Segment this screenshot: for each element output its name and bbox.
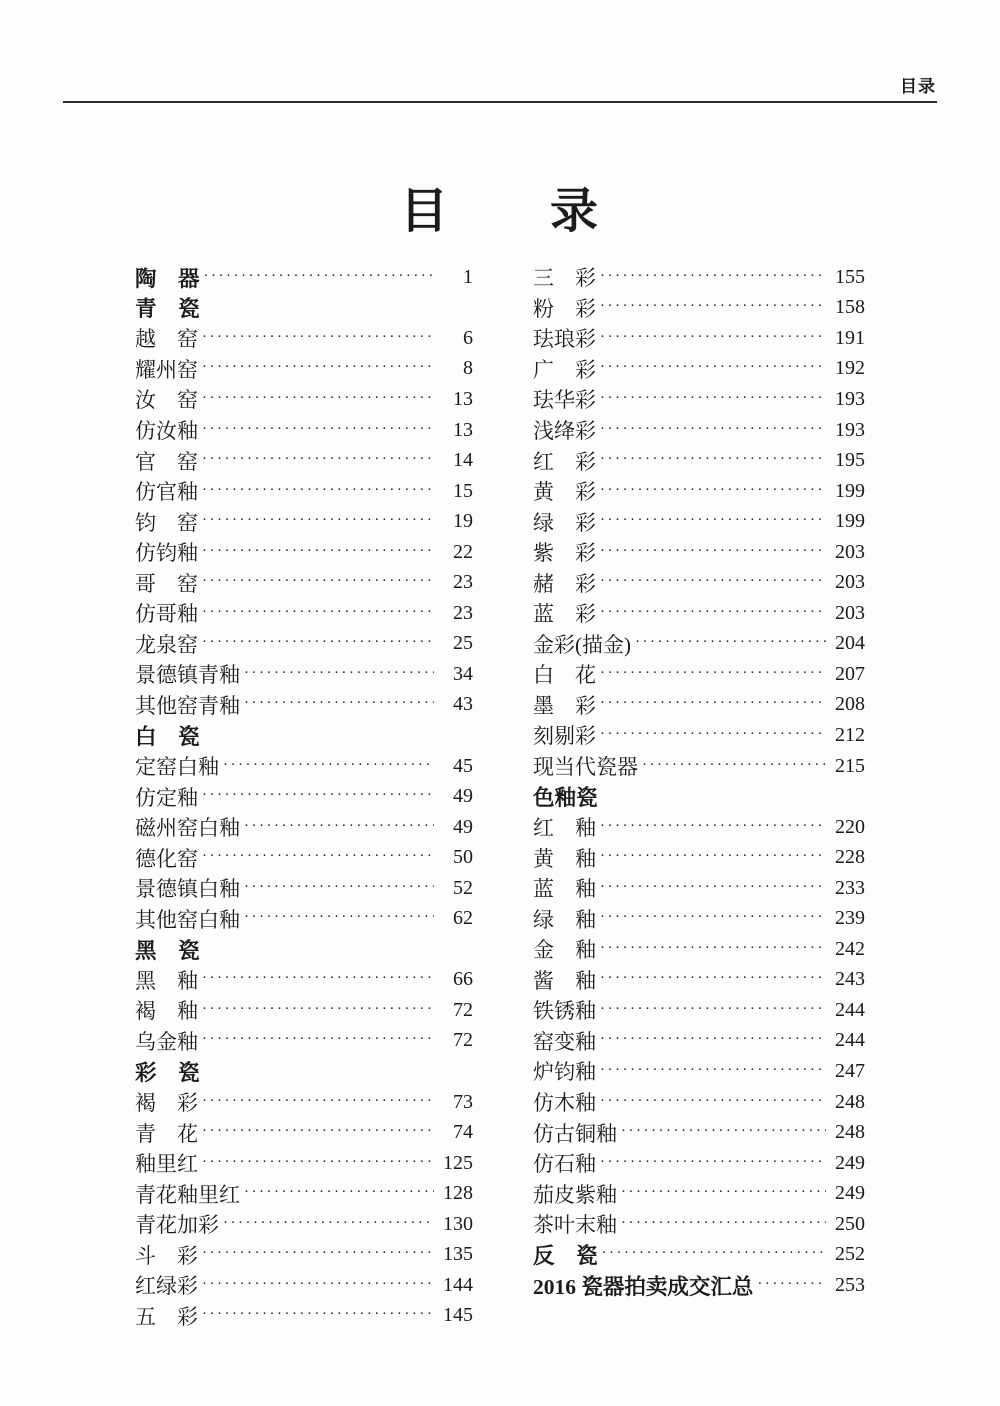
toc-entry-label: 茶叶末釉 — [533, 1209, 617, 1239]
toc-entry: 红 彩 ····································… — [533, 445, 865, 476]
toc-entry-page: 125 — [437, 1152, 473, 1175]
dot-leader: ········································… — [600, 1001, 826, 1018]
toc-entry-label: 2016 瓷器拍卖成交汇总 — [533, 1270, 753, 1301]
toc-entry: 五 彩 ····································… — [135, 1301, 473, 1332]
toc-entry-label: 炉钧釉 — [533, 1056, 596, 1086]
toc-entry-label: 青花加彩 — [135, 1209, 219, 1239]
dot-leader: ········································… — [202, 573, 434, 590]
toc-entry: 仿石釉 ····································… — [533, 1148, 865, 1179]
toc-entry: 越 窑 ····································… — [135, 323, 473, 354]
dot-leader: ········································… — [244, 665, 434, 682]
toc-entry-label: 黄 彩 — [533, 476, 596, 506]
toc-entry-page: 23 — [437, 602, 473, 625]
dot-leader: ········································… — [600, 940, 826, 957]
toc-entry-label: 白 花 — [533, 659, 596, 689]
toc-entry-page: 239 — [829, 907, 865, 930]
toc-entry-page: 23 — [437, 571, 473, 594]
toc-entry-label: 哥 窑 — [135, 568, 198, 598]
dot-leader: ········································… — [600, 818, 826, 835]
toc-entry: 德化窑 ····································… — [135, 842, 473, 873]
toc-entry-label: 珐琅彩 — [533, 323, 596, 353]
toc-entry-page: 50 — [437, 846, 473, 869]
dot-leader: ········································… — [202, 1001, 434, 1018]
toc-entry-label: 赭 彩 — [533, 568, 596, 598]
toc-entry-page: 248 — [829, 1121, 865, 1144]
dot-leader: ········································… — [244, 909, 434, 926]
toc-entry-page: 6 — [437, 327, 473, 350]
toc-entry-page: 233 — [829, 877, 865, 900]
toc-entry-page: 204 — [829, 632, 865, 655]
toc-entry-label: 五 彩 — [135, 1301, 198, 1331]
dot-leader: ········································… — [600, 390, 826, 407]
dot-leader: ········································… — [244, 1184, 434, 1201]
dot-leader: ········································… — [600, 970, 826, 987]
scanned-page: 目录 目 录 陶 器 ·····························… — [0, 0, 1000, 1406]
toc-entry-label: 褐 彩 — [135, 1087, 198, 1117]
toc-entry-page: 252 — [829, 1243, 865, 1266]
toc-entry-page: 207 — [829, 663, 865, 686]
toc-entry-label: 蓝 彩 — [533, 598, 596, 628]
dot-leader: ········································… — [621, 1184, 826, 1201]
toc-entry-page: 248 — [829, 1091, 865, 1114]
toc-entry-label: 景德镇白釉 — [135, 873, 240, 903]
dot-leader: ········································… — [202, 604, 434, 621]
dot-leader: ········································… — [621, 1215, 826, 1232]
toc-entry: 蓝 彩 ····································… — [533, 598, 865, 629]
toc-entry: 褐 釉 ····································… — [135, 995, 473, 1026]
toc-entry-page: 203 — [829, 602, 865, 625]
toc-entry-page: 215 — [829, 755, 865, 778]
dot-leader: ········································… — [223, 757, 434, 774]
toc-entry-label: 白 瓷 — [135, 720, 200, 751]
toc-entry-label: 绿 彩 — [533, 507, 596, 537]
toc-entry-page: 244 — [829, 1029, 865, 1052]
dot-leader: ········································… — [202, 1093, 434, 1110]
toc-entry-page: 228 — [829, 846, 865, 869]
dot-leader: ········································… — [642, 757, 826, 774]
toc-entry-page: 155 — [829, 266, 865, 289]
toc-entry-label: 官 窑 — [135, 446, 198, 476]
toc-entry: 金彩(描金) ·································… — [533, 629, 865, 660]
toc-entry: 官 窑 ····································… — [135, 445, 473, 476]
toc-entry-label: 陶 器 — [135, 262, 200, 293]
toc-entry-page: 144 — [437, 1274, 473, 1297]
dot-leader: ········································… — [600, 421, 826, 438]
toc-entry: 青花加彩 ···································… — [135, 1209, 473, 1240]
toc-entry-page: 249 — [829, 1182, 865, 1205]
toc-entry-page: 199 — [829, 510, 865, 533]
toc-entry-page: 193 — [829, 388, 865, 411]
toc-entry-page: 249 — [829, 1152, 865, 1175]
toc-entry-label: 龙泉窑 — [135, 629, 198, 659]
toc-entry-label: 茄皮紫釉 — [533, 1179, 617, 1209]
toc-entry-label: 浅绛彩 — [533, 415, 596, 445]
toc-entry: 褐 彩 ····································… — [135, 1087, 473, 1118]
toc-entry: 哥 窑 ····································… — [135, 567, 473, 598]
toc-entry-page: 195 — [829, 449, 865, 472]
dot-leader: ········································… — [244, 695, 434, 712]
toc-entry-label: 红 彩 — [533, 446, 596, 476]
dot-leader: ········································… — [635, 634, 826, 651]
toc-entry-label: 仿钧釉 — [135, 537, 198, 567]
toc-entry-label: 刻剔彩 — [533, 720, 596, 750]
dot-leader: ········································… — [202, 421, 434, 438]
dot-leader: ········································… — [600, 1031, 826, 1048]
toc-entry: 其他窑青釉 ··································… — [135, 690, 473, 721]
toc-entry-page: 243 — [829, 968, 865, 991]
dot-leader: ········································… — [202, 970, 434, 987]
toc-entry-label: 金彩(描金) — [533, 629, 631, 659]
toc-entry-label: 蓝 釉 — [533, 873, 596, 903]
toc-entry-page: 208 — [829, 693, 865, 716]
toc-entry: 墨 彩 ····································… — [533, 690, 865, 721]
toc-entry-label: 仿定釉 — [135, 782, 198, 812]
toc-entry-label: 粉 彩 — [533, 293, 596, 323]
toc-entry-page: 62 — [437, 907, 473, 930]
toc-entry: 景德镇青釉 ··································… — [135, 659, 473, 690]
toc-entry: 广 彩 ····································… — [533, 354, 865, 385]
toc-entry-label: 反 瓷 — [533, 1239, 598, 1270]
toc-entry-label: 黑 瓷 — [135, 934, 200, 965]
toc-entry-label: 德化窑 — [135, 843, 198, 873]
toc-entry: 磁州窑白釉 ··································… — [135, 812, 473, 843]
toc-entry: 浅绛彩 ····································… — [533, 415, 865, 446]
toc-entry: 黄 彩 ····································… — [533, 476, 865, 507]
toc-entry: 反 瓷 ····································… — [533, 1240, 865, 1271]
toc-entry-page: 199 — [829, 480, 865, 503]
header-rule — [63, 101, 937, 103]
toc-entry-label: 仿官釉 — [135, 476, 198, 506]
dot-leader: ········································… — [757, 1276, 826, 1293]
toc-entry: 绿 彩 ····································… — [533, 506, 865, 537]
toc-entry-label: 现当代瓷器 — [533, 751, 638, 781]
toc-entry-page: 158 — [829, 296, 865, 319]
toc-entry: 窑变釉 ····································… — [533, 1026, 865, 1057]
dot-leader: ········································… — [202, 482, 434, 499]
toc-entry-label: 仿石釉 — [533, 1148, 596, 1178]
running-header: 目录 — [900, 72, 936, 97]
dot-leader: ········································… — [202, 359, 434, 376]
dot-leader: ········································… — [223, 1215, 434, 1232]
toc-entry: 仿古铜釉 ···································… — [533, 1117, 865, 1148]
dot-leader: ········································… — [600, 268, 826, 285]
toc-entry: 紫 彩 ····································… — [533, 537, 865, 568]
toc-entry-label: 耀州窑 — [135, 354, 198, 384]
dot-leader: ········································… — [600, 909, 826, 926]
toc-entry: 仿钧釉 ····································… — [135, 537, 473, 568]
toc-entry-page: 66 — [437, 968, 473, 991]
toc-entry-label: 景德镇青釉 — [135, 659, 240, 689]
toc-entry: 其他窑白釉 ··································… — [135, 903, 473, 934]
dot-leader: ········································… — [600, 665, 826, 682]
toc-entry-label: 乌金釉 — [135, 1026, 198, 1056]
dot-leader: ········································… — [202, 1245, 434, 1262]
toc-entry-label: 窑变釉 — [533, 1026, 596, 1056]
toc-column-left: 陶 器 ····································… — [135, 262, 473, 1331]
dot-leader: ········································… — [600, 1093, 826, 1110]
dot-leader: ········································… — [600, 848, 826, 865]
toc-entry-page: 130 — [437, 1213, 473, 1236]
toc-entry-page: 135 — [437, 1243, 473, 1266]
toc-entry-page: 220 — [829, 816, 865, 839]
toc-entry-page: 72 — [437, 999, 473, 1022]
toc-entry-page: 25 — [437, 632, 473, 655]
toc-entry: 色釉瓷 — [533, 781, 865, 812]
toc-entry: 青 瓷 — [135, 293, 473, 324]
toc-entry-page: 145 — [437, 1304, 473, 1327]
toc-entry-page: 8 — [437, 357, 473, 380]
toc-entry: 刻剔彩 ····································… — [533, 720, 865, 751]
toc-entry: 铁锈釉 ····································… — [533, 995, 865, 1026]
toc-entry-label: 珐华彩 — [533, 384, 596, 414]
toc-entry: 釉里红 ····································… — [135, 1148, 473, 1179]
toc-entry: 景德镇白釉 ··································… — [135, 873, 473, 904]
toc-entry-label: 绿 釉 — [533, 904, 596, 934]
dot-leader: ········································… — [600, 512, 826, 529]
toc-entry-page: 49 — [437, 816, 473, 839]
toc-entry-label: 红 釉 — [533, 812, 596, 842]
toc-entry-page: 192 — [829, 357, 865, 380]
toc-entry-page: 52 — [437, 877, 473, 900]
toc-entry: 彩 瓷 — [135, 1056, 473, 1087]
dot-leader: ········································… — [621, 1123, 826, 1140]
toc-entry-label: 彩 瓷 — [135, 1056, 200, 1087]
toc-entry-label: 其他窑白釉 — [135, 904, 240, 934]
toc-entry: 耀州窑 ····································… — [135, 354, 473, 385]
toc-column-right: 三 彩 ····································… — [533, 262, 865, 1301]
toc-entry-label: 仿汝釉 — [135, 415, 198, 445]
toc-entry: 三 彩 ····································… — [533, 262, 865, 293]
toc-entry-page: 212 — [829, 724, 865, 747]
toc-entry-label: 仿古铜釉 — [533, 1118, 617, 1148]
dot-leader: ········································… — [600, 604, 826, 621]
toc-entry: 仿官釉 ····································… — [135, 476, 473, 507]
toc-entry-page: 13 — [437, 419, 473, 442]
toc-entry-label: 汝 窑 — [135, 384, 198, 414]
toc-entry-page: 128 — [437, 1182, 473, 1205]
dot-leader: ········································… — [244, 818, 434, 835]
toc-entry-label: 青花釉里红 — [135, 1179, 240, 1209]
toc-entry: 红绿彩 ····································… — [135, 1270, 473, 1301]
toc-entry: 黑 釉 ····································… — [135, 965, 473, 996]
toc-entry-page: 49 — [437, 785, 473, 808]
dot-leader: ········································… — [600, 726, 826, 743]
dot-leader: ········································… — [202, 390, 434, 407]
toc-entry-label: 红绿彩 — [135, 1270, 198, 1300]
toc-entry-label: 广 彩 — [533, 354, 596, 384]
toc-entry-label: 定窑白釉 — [135, 751, 219, 781]
toc-entry-label: 褐 釉 — [135, 995, 198, 1025]
toc-entry: 汝 窑 ····································… — [135, 384, 473, 415]
toc-entry: 白 瓷 — [135, 720, 473, 751]
toc-entry-page: 242 — [829, 938, 865, 961]
toc-entry-page: 73 — [437, 1091, 473, 1114]
toc-entry: 现当代瓷器 ··································… — [533, 751, 865, 782]
toc-entry-page: 203 — [829, 571, 865, 594]
toc-entry-label: 磁州窑白釉 — [135, 812, 240, 842]
toc-entry: 仿木釉 ····································… — [533, 1087, 865, 1118]
toc-entry-page: 43 — [437, 693, 473, 716]
toc-entry-page: 193 — [829, 419, 865, 442]
toc-entry-page: 22 — [437, 541, 473, 564]
dot-leader: ········································… — [600, 1154, 826, 1171]
toc-entry-label: 青 瓷 — [135, 292, 200, 323]
toc-entry: 仿汝釉 ····································… — [135, 415, 473, 446]
toc-entry-page: 203 — [829, 541, 865, 564]
toc-entry-label: 金 釉 — [533, 934, 596, 964]
dot-leader: ········································… — [600, 1062, 826, 1079]
toc-entry: 钧 窑 ····································… — [135, 506, 473, 537]
toc-entry: 黑 瓷 — [135, 934, 473, 965]
toc-entry-page: 247 — [829, 1060, 865, 1083]
toc-entry-page: 1 — [437, 266, 473, 289]
toc-entry: 绿 釉 ····································… — [533, 903, 865, 934]
toc-entry-label: 斗 彩 — [135, 1240, 198, 1270]
toc-entry: 2016 瓷器拍卖成交汇总 ··························… — [533, 1270, 865, 1301]
toc-entry: 仿哥釉 ····································… — [135, 598, 473, 629]
dot-leader: ········································… — [600, 359, 826, 376]
toc-entry: 金 釉 ····································… — [533, 934, 865, 965]
toc-entry-page: 191 — [829, 327, 865, 350]
toc-entry: 龙泉窑 ····································… — [135, 629, 473, 660]
dot-leader: ········································… — [202, 451, 434, 468]
toc-entry-page: 74 — [437, 1121, 473, 1144]
toc-entry-page: 244 — [829, 999, 865, 1022]
dot-leader: ········································… — [602, 1245, 826, 1262]
dot-leader: ········································… — [202, 848, 434, 865]
dot-leader: ········································… — [600, 329, 826, 346]
dot-leader: ········································… — [244, 879, 434, 896]
toc-entry: 炉钧釉 ····································… — [533, 1056, 865, 1087]
toc-entry-page: 13 — [437, 388, 473, 411]
dot-leader: ········································… — [202, 512, 434, 529]
dot-leader: ········································… — [202, 1031, 434, 1048]
toc-entry-page: 14 — [437, 449, 473, 472]
toc-entry: 红 釉 ····································… — [533, 812, 865, 843]
dot-leader: ········································… — [202, 1306, 434, 1323]
dot-leader: ········································… — [202, 543, 434, 560]
toc-entry-label: 紫 彩 — [533, 537, 596, 567]
toc-entry: 黄 釉 ····································… — [533, 842, 865, 873]
toc-entry: 仿定釉 ····································… — [135, 781, 473, 812]
toc-entry-label: 仿木釉 — [533, 1087, 596, 1117]
toc-entry: 定窑白釉 ···································… — [135, 751, 473, 782]
dot-leader: ········································… — [202, 1154, 434, 1171]
toc-entry: 茄皮紫釉 ···································… — [533, 1178, 865, 1209]
dot-leader: ········································… — [204, 268, 434, 285]
toc-entry: 珐华彩 ····································… — [533, 384, 865, 415]
dot-leader: ········································… — [202, 1123, 434, 1140]
toc-entry-page: 15 — [437, 480, 473, 503]
dot-leader: ········································… — [202, 634, 434, 651]
toc-entry-label: 其他窑青釉 — [135, 690, 240, 720]
dot-leader: ········································… — [600, 482, 826, 499]
toc-entry-page: 19 — [437, 510, 473, 533]
toc-entry-page: 45 — [437, 755, 473, 778]
dot-leader: ········································… — [600, 298, 826, 315]
toc-entry-label: 釉里红 — [135, 1148, 198, 1178]
dot-leader: ········································… — [600, 573, 826, 590]
toc-entry-label: 铁锈釉 — [533, 995, 596, 1025]
toc-entry-label: 墨 彩 — [533, 690, 596, 720]
dot-leader: ········································… — [202, 329, 434, 346]
toc-entry-label: 酱 釉 — [533, 965, 596, 995]
toc-entry-label: 青 花 — [135, 1118, 198, 1148]
toc-entry: 乌金釉 ····································… — [135, 1026, 473, 1057]
dot-leader: ········································… — [600, 879, 826, 896]
toc-entry: 青 花 ····································… — [135, 1117, 473, 1148]
toc-entry-label: 三 彩 — [533, 262, 596, 292]
dot-leader: ········································… — [600, 543, 826, 560]
toc-entry-label: 黄 釉 — [533, 843, 596, 873]
toc-entry: 白 花 ····································… — [533, 659, 865, 690]
toc-entry: 青花釉里红 ··································… — [135, 1178, 473, 1209]
toc-entry-label: 色釉瓷 — [533, 781, 598, 812]
toc-entry: 斗 彩 ····································… — [135, 1240, 473, 1271]
toc-entry: 粉 彩 ····································… — [533, 293, 865, 324]
dot-leader: ········································… — [600, 451, 826, 468]
dot-leader: ········································… — [202, 787, 434, 804]
toc-entry: 赭 彩 ····································… — [533, 567, 865, 598]
toc-entry: 陶 器 ····································… — [135, 262, 473, 293]
toc-entry-page: 34 — [437, 663, 473, 686]
toc-entry: 茶叶末釉 ···································… — [533, 1209, 865, 1240]
toc-entry-label: 仿哥釉 — [135, 598, 198, 628]
toc-entry-label: 钧 窑 — [135, 507, 198, 537]
toc-entry-label: 越 窑 — [135, 323, 198, 353]
dot-leader: ········································… — [600, 695, 826, 712]
toc-entry-page: 250 — [829, 1213, 865, 1236]
toc-entry: 珐琅彩 ····································… — [533, 323, 865, 354]
toc-entry-page: 72 — [437, 1029, 473, 1052]
toc-entry-page: 253 — [829, 1274, 865, 1297]
toc-entry: 蓝 釉 ····································… — [533, 873, 865, 904]
page-title: 目 录 — [0, 172, 1000, 241]
dot-leader: ········································… — [202, 1276, 434, 1293]
toc-entry-label: 黑 釉 — [135, 965, 198, 995]
toc-entry: 酱 釉 ····································… — [533, 965, 865, 996]
